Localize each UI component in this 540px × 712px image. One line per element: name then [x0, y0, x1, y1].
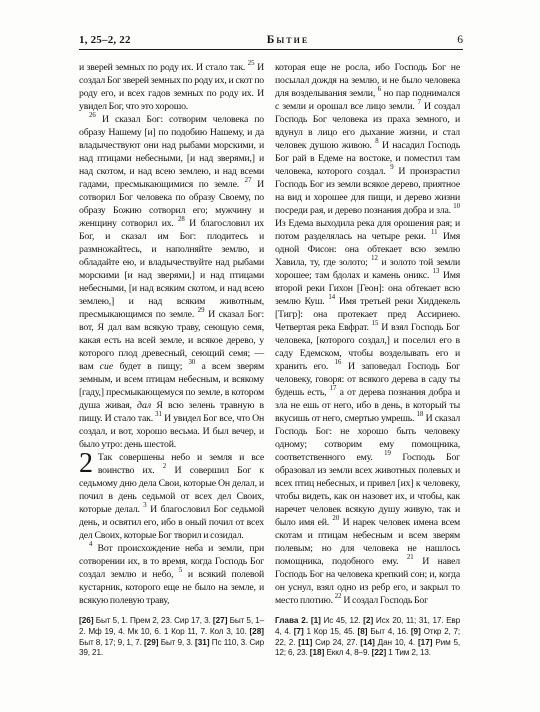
chapter-dropcap: 2	[79, 451, 98, 475]
verse-number: 20	[332, 515, 339, 522]
verse-text: Еккл 4, 8–9.	[324, 648, 371, 657]
verse-text: Быт 4, 16.	[368, 627, 411, 636]
verse-number: 11	[431, 229, 438, 236]
footnote-ref: [22]	[372, 648, 387, 657]
verse-text: Дан 10, 4.	[375, 638, 418, 647]
verse-text: Быт 5, 1. Прем 2, 23. Сир 17, 3.	[94, 616, 213, 625]
paragraph: 2Так совершены небо и земля и все воинст…	[79, 451, 264, 542]
italic-word: сие	[100, 361, 114, 372]
paragraph: которая еще не росла, ибо Господь Бог не…	[275, 61, 460, 607]
verse-text: и зверей земных по роду их. И стало так.	[79, 62, 248, 73]
page-number: 6	[457, 34, 463, 46]
verse-number: 18	[417, 411, 424, 418]
verse-number: 27	[245, 177, 252, 184]
footnote-ref: Глава 2.	[275, 616, 308, 625]
verse-number: 22	[335, 593, 342, 600]
text-columns: и зверей земных по роду их. И стало так.…	[79, 61, 463, 607]
footnotes-left: [26] Быт 5, 1. Прем 2, 23. Сир 17, 3. [2…	[79, 616, 264, 659]
verse-text: 1 Тим 2, 13.	[386, 648, 431, 657]
footnote-ref: [31]	[195, 638, 210, 647]
footnote-ref: [9]	[411, 627, 421, 636]
verse-number: 9	[390, 164, 393, 171]
paragraph: и зверей земных по роду их. И стало так.…	[79, 61, 264, 113]
footnote-ref: [1]	[311, 616, 321, 625]
verse-text: Ис 45, 12.	[321, 616, 363, 625]
verse-number: 29	[198, 307, 205, 314]
footnote-ref: [28]	[249, 627, 264, 636]
verse-number: 5	[179, 567, 182, 574]
verse-number: 16	[335, 359, 342, 366]
verse-number: 15	[372, 320, 379, 327]
verse-text: 1 Кор 15, 45.	[304, 627, 358, 636]
footnote-ref: [27]	[213, 616, 228, 625]
footnote-ref: [11]	[298, 638, 312, 647]
verse-number: 12	[371, 255, 378, 262]
footnote-ref: [14]	[360, 638, 375, 647]
verse-number: 19	[384, 450, 391, 457]
left-column: и зверей земных по роду их. И стало так.…	[79, 61, 264, 607]
verse-number: 17	[330, 385, 337, 392]
verse-number: 3	[143, 502, 146, 509]
footnote-ref: [18]	[310, 648, 325, 657]
italic-word: дал	[137, 400, 151, 411]
footnote-ref: [26]	[79, 616, 94, 625]
page-header: 1, 25–2, 22 Бытие 6	[79, 34, 463, 50]
verse-text: будет в пищу;	[113, 361, 188, 372]
verse-range: 1, 25–2, 22	[79, 34, 131, 46]
verse-number: 28	[178, 216, 185, 223]
verse-number: 30	[188, 359, 195, 366]
paragraph: 4 Вот происхождение неба и земли, при со…	[79, 542, 264, 607]
verse-number: 31	[155, 411, 162, 418]
verse-text: Сир 24, 27.	[312, 638, 360, 647]
verse-text: Быт 8, 17; 9, 1, 7.	[79, 638, 144, 647]
footnote-ref: [29]	[144, 638, 159, 647]
bible-page: 1, 25–2, 22 Бытие 6 и зверей земных по р…	[0, 0, 540, 712]
verse-number: 26	[89, 112, 96, 119]
verse-text: И сказал Бог: сотворим человека по образ…	[79, 114, 264, 190]
footnotes-right: Глава 2. [1] Ис 45, 12. [2] Исх 20, 11; …	[275, 616, 460, 659]
footnote-ref: [8]	[358, 627, 368, 636]
verse-text: И благословил их Бог, и сказал им Бог: п…	[79, 218, 264, 320]
footnotes: [26] Быт 5, 1. Прем 2, 23. Сир 17, 3. [2…	[79, 616, 463, 659]
verse-number: 21	[407, 554, 414, 561]
book-title: Бытие	[267, 34, 309, 46]
verse-text: Быт 9, 3.	[159, 638, 196, 647]
verse-number: 10	[453, 203, 460, 210]
footnote-ref: [7]	[294, 627, 304, 636]
verse-number: 8	[375, 138, 378, 145]
verse-number: 13	[433, 268, 440, 275]
verse-number: 6	[378, 86, 381, 93]
verse-number: 7	[418, 99, 421, 106]
verse-number: 4	[89, 541, 92, 548]
verse-number: 25	[248, 60, 255, 67]
verse-number: 2	[163, 463, 166, 470]
verse-number: 14	[328, 294, 335, 301]
verse-text: И создал Господь Бог	[341, 595, 427, 606]
footnote-ref: [2]	[363, 616, 373, 625]
footnote-ref: [17]	[418, 638, 433, 647]
paragraph: 26 И сказал Бог: сотворим человека по об…	[79, 113, 264, 451]
right-column: которая еще не росла, ибо Господь Бог не…	[275, 61, 460, 607]
